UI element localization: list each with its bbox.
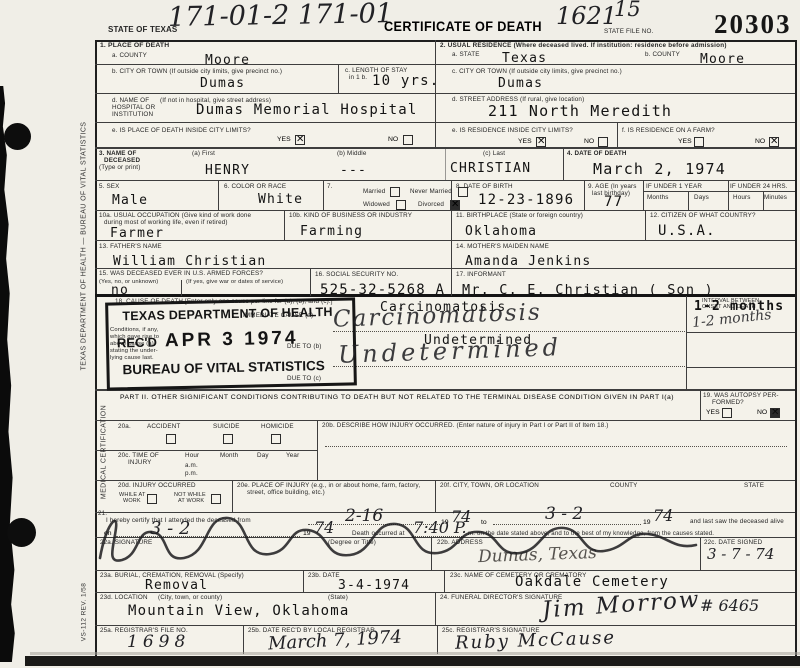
time-of-injury-label-2: INJURY xyxy=(128,459,152,466)
street-address-value: 211 North Meredith xyxy=(488,102,672,120)
not-while-at-work-checkbox xyxy=(211,494,221,504)
occupation-label-2: during most of working life, even if ret… xyxy=(104,219,228,226)
am-label: a.m. xyxy=(185,462,198,469)
city-town-label: b. CITY OR TOWN (If outside city limits,… xyxy=(112,68,282,75)
injury-20a-label: 20a. xyxy=(118,423,131,430)
autopsy-label-1: 19. WAS AUTOPSY PER- xyxy=(703,392,779,399)
location-paren-2: (State) xyxy=(328,594,348,601)
name-of-deceased-label-2: DECEASED xyxy=(104,157,140,164)
injury-city-label: 20f. CITY, TOWN, OR LOCATION xyxy=(440,482,539,489)
cemetery-value: Oakdale Cemetery xyxy=(515,574,669,590)
burial-date-value: 3-4-1974 xyxy=(338,578,410,593)
city-value: Dumas xyxy=(200,76,245,91)
date-of-death-value: March 2, 1974 xyxy=(593,160,726,178)
age-value: 77 xyxy=(604,194,623,210)
industry-label: 10b. KIND OF BUSINESS OR INDUSTRY xyxy=(289,212,412,219)
color-or-race-label: 6. COLOR OR RACE xyxy=(224,183,286,190)
place-of-death-title: 1. PLACE OF DEATH xyxy=(100,42,169,49)
armed-forces-paren-2: (If yes, give war or dates of service) xyxy=(186,279,283,285)
residence-state-label: a. STATE xyxy=(452,51,480,58)
autopsy-label-2: FORMED? xyxy=(712,399,744,406)
length-of-stay-value: 10 yrs. xyxy=(372,73,439,89)
accident-checkbox xyxy=(166,434,176,444)
while-at-work-label-2: WORK xyxy=(123,498,141,504)
date-of-death-label: 4. DATE OF DEATH xyxy=(567,150,627,157)
usual-residence-title: 2. USUAL RESIDENCE (Where deceased lived… xyxy=(440,42,727,49)
industry-value: Farming xyxy=(300,224,363,239)
time-of-injury-label-1: 20c. TIME OF xyxy=(118,452,159,459)
county-label: a. COUNTY xyxy=(112,52,147,59)
scan-bottom-band xyxy=(25,656,800,666)
handwritten-registration-numbers: 171-01-2 171-01 xyxy=(168,0,393,33)
hole-punch-bottom xyxy=(7,518,36,547)
birthplace-value: Oklahoma xyxy=(465,224,537,239)
torn-page-edge xyxy=(0,86,18,662)
burial-date-label: 23b. DATE xyxy=(308,572,340,579)
last-name-value: CHRISTIAN xyxy=(450,161,531,176)
type-or-print-label: (Type or print) xyxy=(99,164,140,171)
hour-label: Hour xyxy=(185,452,199,459)
pm-label: p.m. xyxy=(185,470,198,477)
residence-state-value: Texas xyxy=(502,51,547,66)
location-label: 23d. LOCATION xyxy=(100,594,148,601)
sex-label: 5. SEX xyxy=(99,183,120,190)
first-name-value: HENRY xyxy=(205,163,250,178)
homicide-label: HOMICIDE xyxy=(261,423,294,430)
middle-name-value: --- xyxy=(340,163,367,178)
days-label: Days xyxy=(694,194,709,201)
no-label: NO xyxy=(757,409,767,416)
accident-label: ACCIDENT xyxy=(147,423,180,430)
hours-label: Hours xyxy=(733,194,751,201)
place-of-injury-label-2: street, office building, etc.) xyxy=(247,489,325,496)
married-label: Married xyxy=(363,188,385,195)
yes-label: YES xyxy=(518,138,532,145)
citizen-label: 12. CITIZEN OF WHAT COUNTRY? xyxy=(650,212,756,219)
form-code-vertical-label: VS-112 REV. 1/58 xyxy=(81,569,88,655)
residence-limits-yes-checkbox: ✕ xyxy=(536,137,546,147)
place-limits-no-checkbox xyxy=(403,135,413,145)
informant-value: Mr. C. E. Christian ( Son ) xyxy=(462,282,714,298)
farm-no-checkbox: ✕ xyxy=(769,137,779,147)
no-label: NO xyxy=(755,138,765,145)
hospital-label-2: HOSPITAL OR xyxy=(112,104,155,111)
place-city-limits-label: e. IS PLACE OF DEATH INSIDE CITY LIMITS? xyxy=(112,127,251,134)
middle-name-label: (b) Middle xyxy=(337,150,367,157)
marital-status-label: 7. xyxy=(327,183,333,190)
bureau-received-stamp: TEXAS DEPARTMENT OF HEALTH REC'D APR 3 1… xyxy=(105,297,357,390)
race-value: White xyxy=(258,192,303,207)
stamp-date: APR 3 1974 xyxy=(165,328,299,353)
birthplace-label: 11. BIRTHPLACE (State or foreign country… xyxy=(456,212,583,219)
hospital-value: Dumas Memorial Hospital xyxy=(196,102,417,118)
armed-forces-value: no xyxy=(111,283,129,298)
handwritten-file-number-2: 15 xyxy=(614,0,641,21)
state-file-no-label: STATE FILE NO. xyxy=(604,28,653,35)
hospital-label-1: d. NAME OF xyxy=(112,97,149,104)
no-label: NO xyxy=(584,138,594,145)
no-label: NO xyxy=(388,136,398,143)
widowed-checkbox xyxy=(396,200,406,210)
minutes-label: Minutes xyxy=(764,194,787,201)
widowed-label: Widowed xyxy=(363,201,390,208)
stamp-line-1: TEXAS DEPARTMENT OF HEALTH xyxy=(122,305,333,323)
location-paren-1: (City, town, or county) xyxy=(158,594,222,601)
first-name-label: (a) First xyxy=(192,150,215,157)
homicide-checkbox xyxy=(271,434,281,444)
not-while-at-work-label-2: AT WORK xyxy=(178,498,204,504)
residence-city-label: c. CITY OR TOWN (If outside city limits,… xyxy=(452,68,622,75)
sex-value: Male xyxy=(112,193,148,208)
state-of-texas-label: STATE OF TEXAS xyxy=(108,25,177,34)
occupation-value: Farmer xyxy=(110,226,164,241)
certificate-number: 20303 xyxy=(714,9,792,40)
married-checkbox xyxy=(390,187,400,197)
injury-occurred-label: 20d. INJURY OCCURRED xyxy=(118,482,196,489)
location-value: Mountain View, Oklahoma xyxy=(128,603,349,619)
name-of-deceased-label-1: 3. NAME OF xyxy=(99,150,137,157)
certificate-title: CERTIFICATE OF DEATH xyxy=(384,19,542,34)
month-label: Month xyxy=(220,452,238,459)
if-under-1-year-label: IF UNDER 1 YEAR xyxy=(646,183,702,190)
mothers-maiden-name-value: Amanda Jenkins xyxy=(465,254,591,269)
department-vertical-label: TEXAS DEPARTMENT OF HEALTH — BUREAU OF V… xyxy=(81,96,88,396)
date-signed-handwritten: 3 - 7 - 74 xyxy=(707,545,774,563)
fathers-name-label: 13. FATHER'S NAME xyxy=(99,243,162,250)
fathers-name-value: William Christian xyxy=(113,254,266,269)
date-of-birth-value: 12-23-1896 xyxy=(478,192,574,208)
suicide-label: SUICIDE xyxy=(213,423,240,430)
divorced-checkbox: ✕ xyxy=(450,200,460,210)
while-at-work-checkbox xyxy=(147,494,157,504)
never-married-label: Never Married xyxy=(410,188,452,195)
place-limits-yes-checkbox: ✕ xyxy=(295,135,305,145)
months-label: Months xyxy=(647,194,669,201)
yes-label: YES xyxy=(277,136,291,143)
yes-label: YES xyxy=(706,409,720,416)
medical-certification-vertical-label: MEDICAL CERTIFICATION xyxy=(101,386,108,518)
ssn-value: 525-32-5268 A xyxy=(320,282,445,298)
death-certificate-scan: STATE OF TEXAS 171-01-2 171-01 CERTIFICA… xyxy=(0,0,800,668)
occupation-label-1: 10a. USUAL OCCUPATION (Give kind of work… xyxy=(99,212,251,219)
injury-state-label: STATE xyxy=(744,482,764,489)
residence-county-value: Moore xyxy=(700,52,745,67)
farm-yes-checkbox xyxy=(694,137,704,147)
residence-limits-label: e. IS RESIDENCE INSIDE CITY LIMITS? xyxy=(452,127,573,134)
attending-physician-signature xyxy=(92,506,712,568)
age-label-1: 9. AGE (In years xyxy=(588,183,637,190)
hole-punch-top xyxy=(4,123,31,150)
informant-label: 17. INFORMANT xyxy=(456,271,506,278)
county-value: Moore xyxy=(205,53,250,68)
ssn-label: 16. SOCIAL SECURITY NO. xyxy=(315,271,398,278)
divorced-label: Divorced xyxy=(418,201,444,208)
handwritten-file-number: 1621 xyxy=(556,2,617,30)
residence-limits-no-checkbox xyxy=(598,137,608,147)
stamp-recd-label: REC'D xyxy=(117,335,157,351)
autopsy-no-checkbox: ✕ xyxy=(770,408,780,418)
hospital-label-3: INSTITUTION xyxy=(112,111,153,118)
autopsy-yes-checkbox xyxy=(722,408,732,418)
place-of-injury-label-1: 20e. PLACE OF INJURY (e.g., in or about … xyxy=(237,482,420,489)
registrar-file-no-value: 1698 xyxy=(127,632,190,652)
residence-county-label: b. COUNTY xyxy=(645,51,680,58)
year-label: Year xyxy=(286,452,299,459)
day-label: Day xyxy=(257,452,269,459)
if-under-24-hrs-label: IF UNDER 24 HRS. xyxy=(730,183,788,190)
armed-forces-label: 15. WAS DECEASED EVER IN U.S. ARMED FORC… xyxy=(99,270,263,277)
yes-label: YES xyxy=(678,138,692,145)
farm-label: f. IS RESIDENCE ON A FARM? xyxy=(622,127,715,134)
funeral-director-number: # 6465 xyxy=(700,596,759,615)
date-of-birth-label: 8. DATE OF BIRTH xyxy=(456,183,513,190)
describe-injury-label: 20b. DESCRIBE HOW INJURY OCCURRED. (Ente… xyxy=(322,422,609,429)
last-name-label: (c) Last xyxy=(483,150,505,157)
burial-removal-value: Removal xyxy=(145,578,208,593)
citizen-value: U.S.A. xyxy=(658,223,716,239)
length-of-stay-sublabel: in 1 b. xyxy=(349,74,367,81)
residence-city-value: Dumas xyxy=(498,76,543,91)
part-ii-text: PART II. OTHER SIGNIFICANT CONDITIONS CO… xyxy=(120,394,674,401)
stamp-line-3: BUREAU OF VITAL STATISTICS xyxy=(122,358,325,377)
injury-county-label: COUNTY xyxy=(610,482,638,489)
scan-shadow-line xyxy=(30,652,800,655)
suicide-checkbox xyxy=(223,434,233,444)
mothers-maiden-name-label: 14. MOTHER'S MAIDEN NAME xyxy=(456,243,549,250)
